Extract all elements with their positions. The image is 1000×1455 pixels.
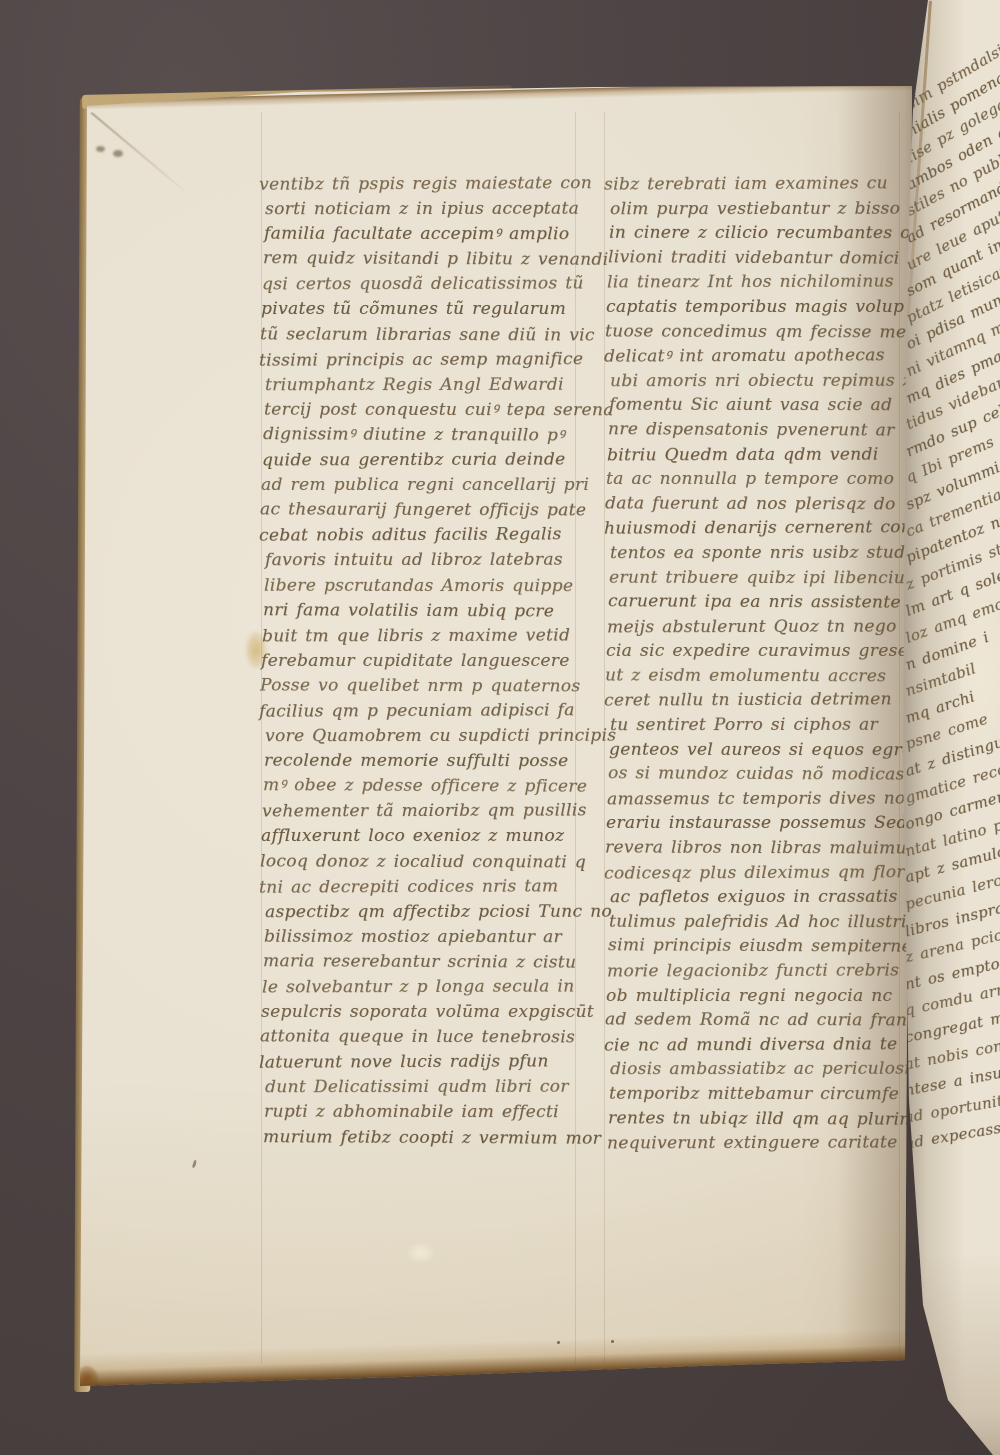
manuscript-line: mꝰ obee z pdesse officere z pficere [263,773,599,800]
manuscript-line: locoq donoz z iocaliud conquinati q [260,849,596,875]
ink-smudge [96,146,105,152]
manuscript-line: familia facultate accepimꝰ amplio [264,222,600,248]
manuscript-line: dunt Delicatissimi qudm libri cor [265,1075,601,1101]
manuscript-line: tni ac decrepiti codices nris tam [259,874,595,901]
manuscript-line: aspectibz qm affectibz pciosi Tunc no [265,899,601,925]
manuscript-line: ad rem publica regni cancellarij pri [261,473,597,498]
manuscript-line: maria reserebantur scrinia z cistu [263,949,599,976]
manuscript-photo: ventibz tñ pspis regis maiestate consort… [0,0,1000,1455]
manuscript-line: qsi certos quosdã delicatissimos tũ [262,272,598,298]
ink-smudge [113,150,123,157]
text-column-left: ventibz tñ pspis regis maiestate consort… [262,172,598,1151]
manuscript-line: recolende memorie suffulti posse [264,749,600,775]
manuscript-line: attonita queque in luce tenebrosis [260,1025,596,1051]
manuscript-line: ventibz tñ pspis regis maiestate con [259,171,595,198]
manuscript-line: bilissimoz mostioz apiebantur ar [264,925,600,951]
manuscript-line: buit tm que libris z maxime vetid [262,623,598,649]
manuscript-line: tissimi principis ac semp magnifice [259,347,595,374]
manuscript-line: murium fetibz coopti z vermium mor [263,1125,599,1152]
manuscript-line: vehementer tã maioribz qm pusillis [262,799,598,825]
manuscript-line: rupti z abhominabile iam effecti [264,1100,600,1126]
manuscript-line: tũ seclarum librarias sane diũ in vic [260,322,596,348]
manuscript-line: affluxerunt loco exenioz z munoz [261,824,597,849]
manuscript-line: cebat nobis aditus facilis Regalis [259,523,595,550]
manuscript-line: latuerunt nove lucis radijs pfun [259,1049,595,1076]
manuscript-line: libere pscrutandas Amoris quippe [264,573,600,599]
manuscript-line: ferebamur cupiditate languescere [261,649,597,674]
manuscript-line: triumphantz Regis Angl Edwardi [265,372,601,398]
manuscript-line: tercij post conquestu cuiꝰ tepa serena [264,398,600,424]
manuscript-page: ventibz tñ pspis regis maiestate consort… [0,0,1000,1455]
manuscript-line: sepulcris soporata volūma expgiscūt [261,1000,597,1025]
manuscript-line: quide sua gerentibz curia deinde [262,448,598,474]
manuscript-line: le solvebantur z p longa secula in [262,974,598,1000]
ink-speck [611,1340,614,1343]
manuscript-line: ac thesaurarij fungeret officijs pate [260,498,596,524]
manuscript-line: sorti noticiam z in ipius acceptata [265,197,601,223]
manuscript-line: rem quidz visitandi p libitu z venandi [263,246,599,273]
manuscript-line: favoris intuitu ad libroz latebras [265,548,601,574]
manuscript-line: vore Quamobrem cu supdicti principis [265,724,601,750]
corner-crease [91,112,192,197]
page-bottom-edge-browning [71,1328,917,1390]
manuscript-line: pivates tũ cõmunes tũ regularum [261,297,597,322]
stray-mark [192,1160,197,1169]
manuscript-line: nri fama volatilis iam ubiq pcre [263,598,599,625]
manuscript-line: facilius qm p pecuniam adipisci fa [259,698,595,725]
parchment-spot [408,1244,434,1262]
manuscript-line: dignissimꝰ diutine z tranquillo pꝰ [263,422,599,449]
manuscript-line: Posse vo quelibet nrm p quaternos [260,673,596,699]
ink-speck [557,1341,560,1344]
